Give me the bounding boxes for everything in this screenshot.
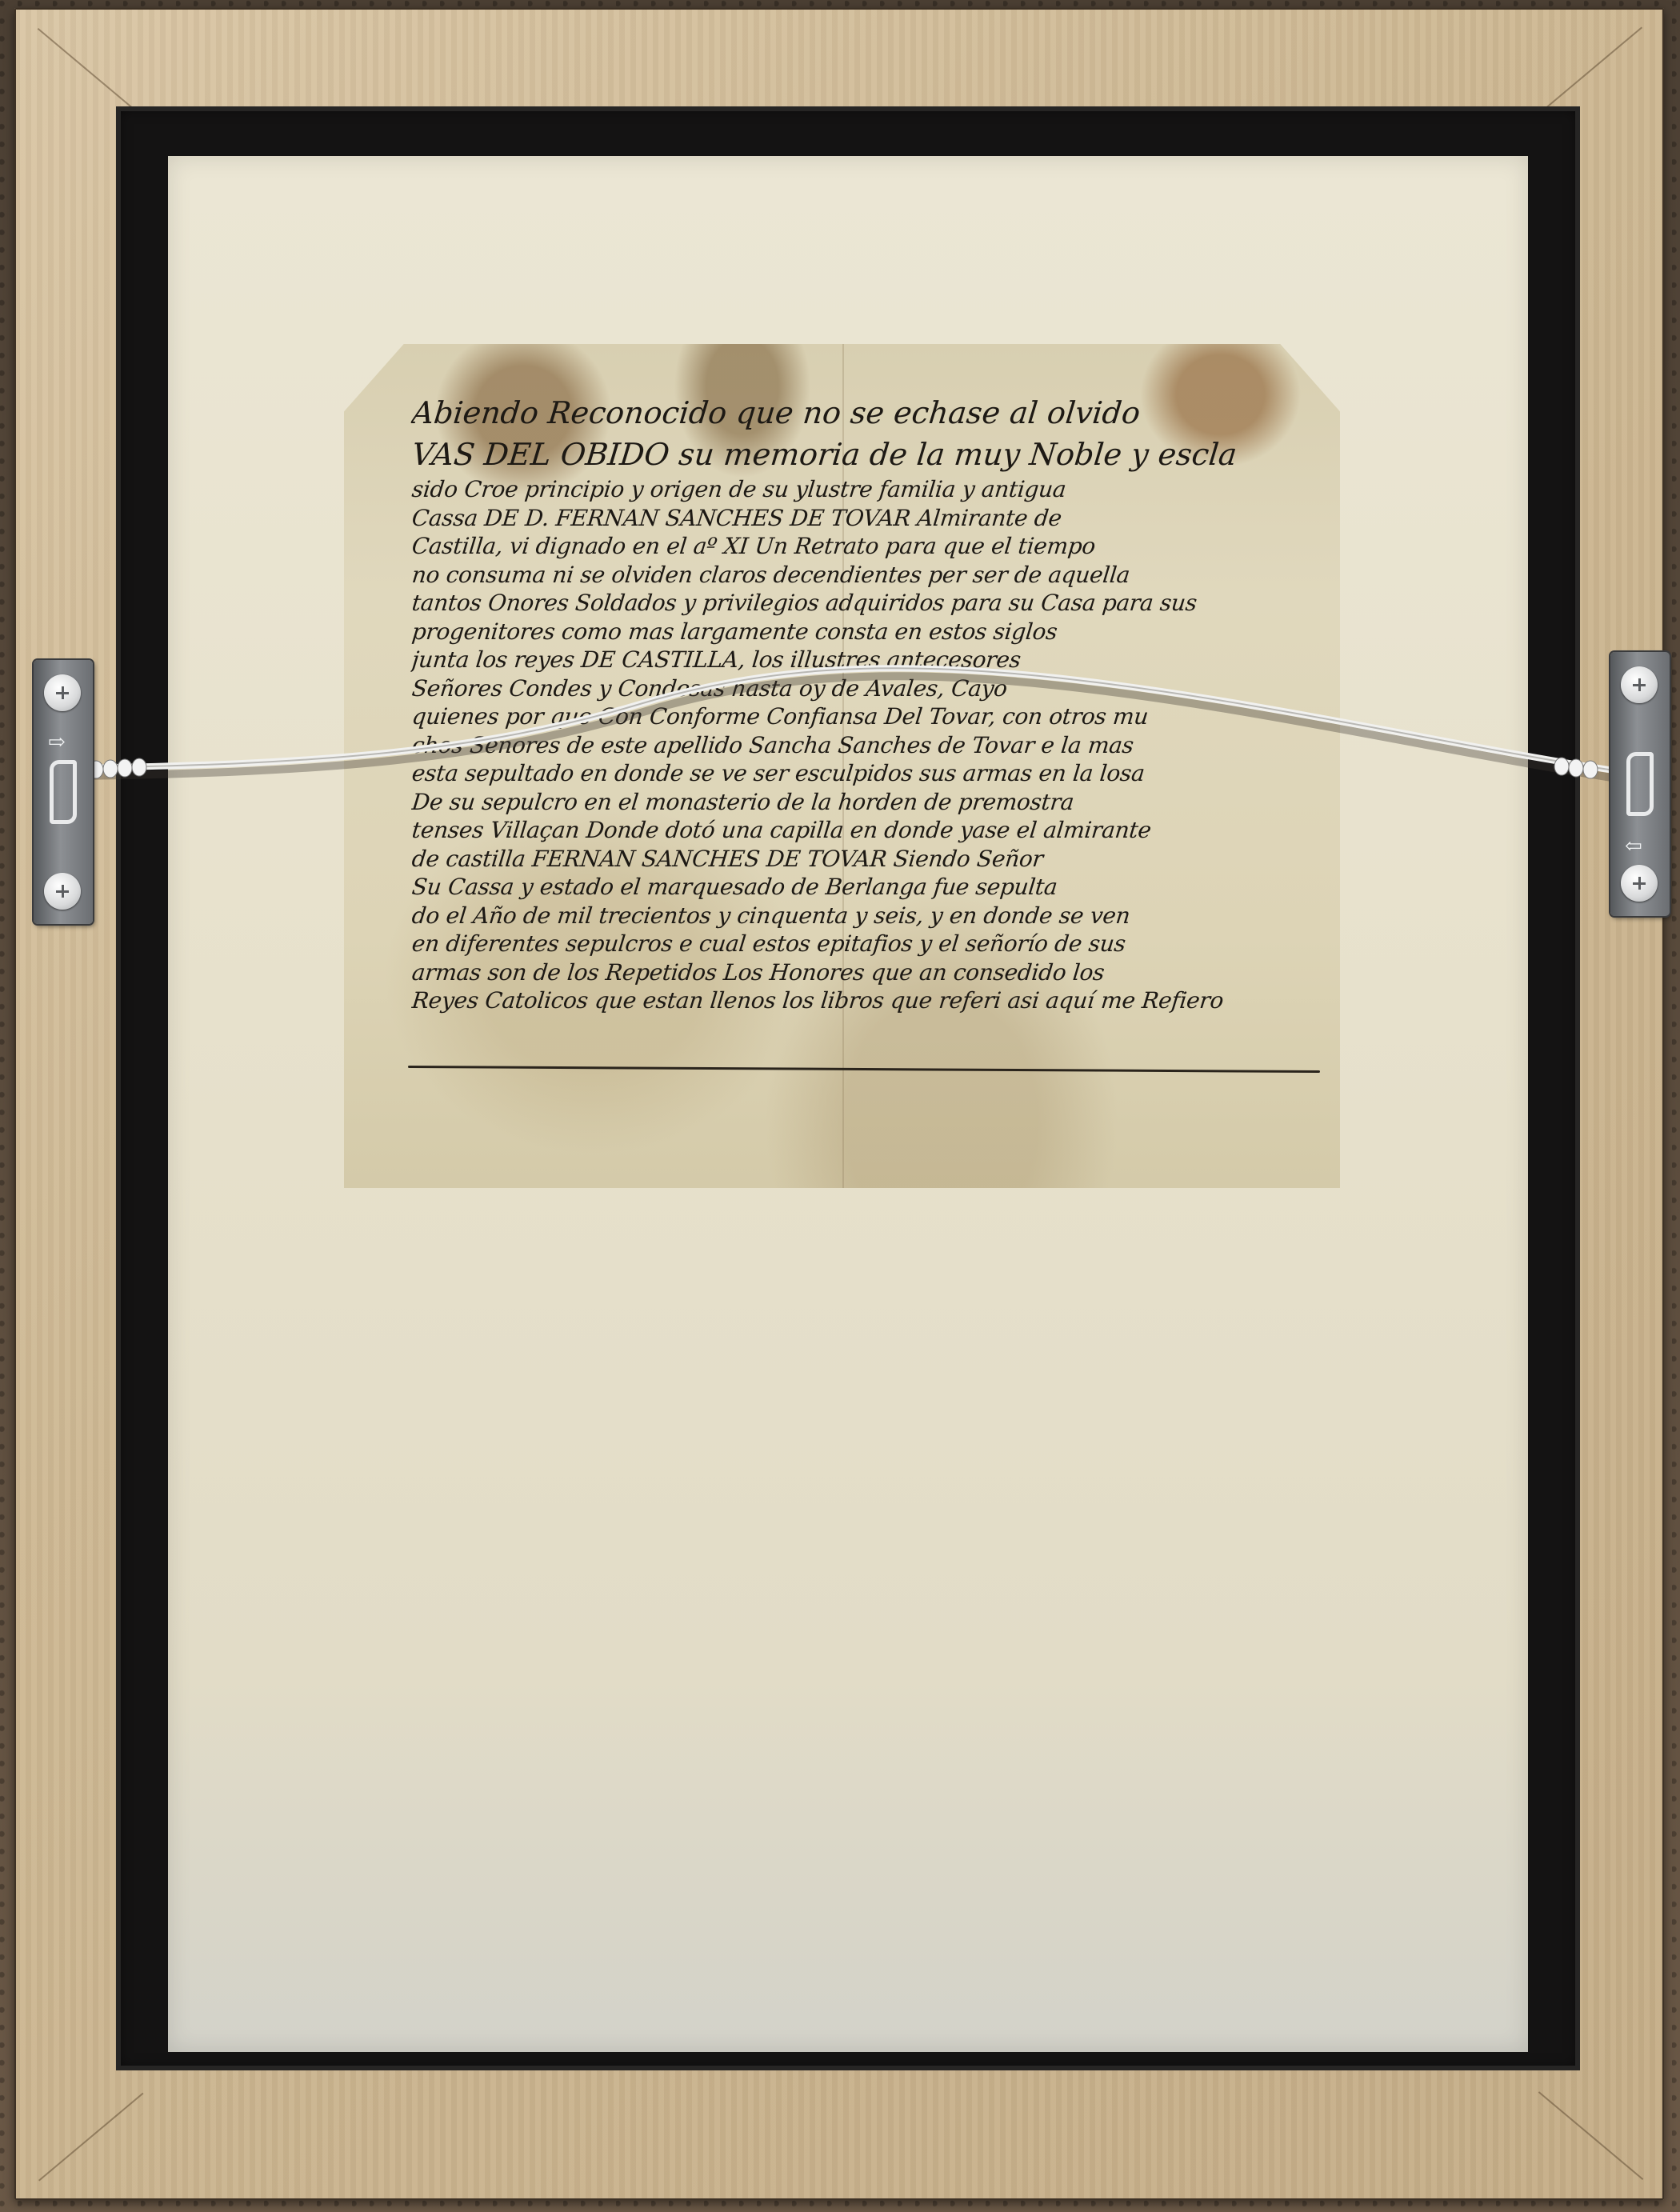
d-ring-icon — [50, 760, 77, 824]
screw-icon — [1621, 666, 1658, 703]
screw-icon — [44, 674, 81, 711]
hanging-wire[interactable] — [0, 0, 1680, 2212]
arrow-right-icon: ⇨ — [48, 732, 66, 753]
right-d-ring-hanger: ⇦ — [1610, 652, 1670, 916]
d-ring-icon — [1626, 752, 1654, 816]
screw-icon — [1621, 865, 1658, 902]
screw-icon — [44, 873, 81, 910]
arrow-left-icon: ⇦ — [1625, 836, 1642, 857]
left-d-ring-hanger: ⇨ — [34, 660, 93, 924]
